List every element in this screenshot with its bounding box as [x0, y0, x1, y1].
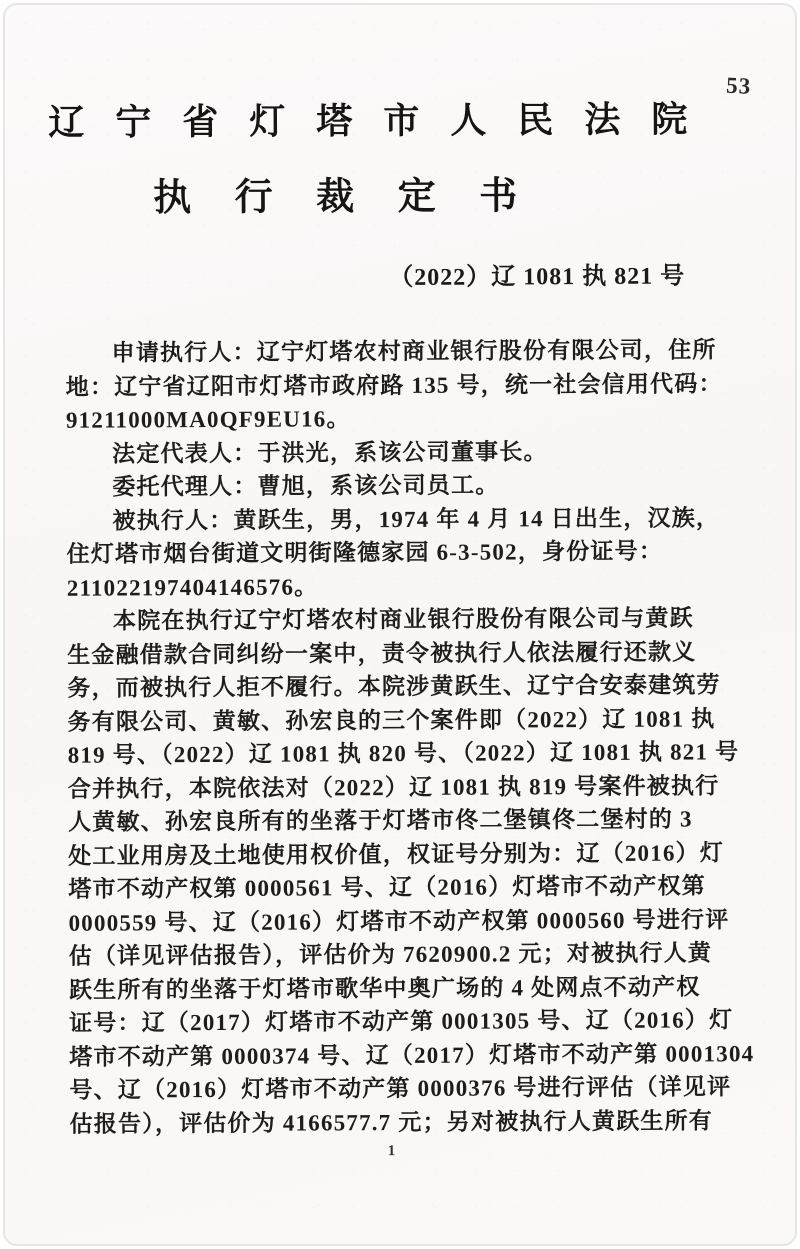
body-line: 住灯塔市烟台街道文明街隆德家园 6-3-502，身份证号：: [67, 534, 745, 571]
document-content: 53 辽 宁 省 灯 塔 市 人 民 法 院 执 行 裁 定 书 （2022）辽…: [2, 3, 798, 1246]
body-line: 估（详见评估报告），评估价为 7620900.2 元；对被执行人黄: [69, 936, 747, 973]
case-number: （2022）辽 1081 执 821 号: [3, 256, 685, 295]
paper-background: 53 辽 宁 省 灯 塔 市 人 民 法 院 执 行 裁 定 书 （2022）辽…: [3, 3, 797, 1246]
body-line: 0000559 号、辽（2016）灯塔市不动产权第 0000560 号进行评: [68, 903, 746, 940]
body-text: 申请执行人：辽宁灯塔农村商业银行股份有限公司，住所地：辽宁省辽阳市灯塔市政府路 …: [65, 333, 747, 1141]
body-line: 务有限公司、黄敏、孙宏良的三个案件即（2022）辽 1081 执: [67, 702, 745, 739]
court-name-heading: 辽 宁 省 灯 塔 市 人 民 法 院: [2, 91, 744, 146]
body-line: 211022197404146576。: [67, 568, 745, 605]
body-line: 法定代表人：于洪光，系该公司董事长。: [66, 434, 744, 471]
footer-page-number: 1: [388, 1143, 396, 1160]
body-line: 估报告），评估价为 4166577.7 元；另对被执行人黄跃生所有: [70, 1104, 748, 1141]
scanned-document-page: 53 辽 宁 省 灯 塔 市 人 民 法 院 执 行 裁 定 书 （2022）辽…: [0, 0, 800, 1249]
body-line: 生金融借款合同纠纷一案中，责令被执行人依法履行还款义: [67, 635, 745, 672]
body-line: 被执行人：黄跃生，男，1974 年 4 月 14 日出生，汉族，: [66, 501, 744, 538]
body-line: 委托代理人：曹旭，系该公司员工。: [66, 467, 744, 504]
body-line: 证号：辽（2017）灯塔市不动产第 0001305 号、辽（2016）灯: [69, 1003, 747, 1040]
body-line: 跃生所有的坐落于灯塔市歌华中奥广场的 4 处网点不动产权: [69, 970, 747, 1007]
body-line: 91211000MA0QF9EU16。: [66, 400, 744, 437]
body-line: 塔市不动产权第 0000561 号、辽（2016）灯塔市不动产权第: [68, 869, 746, 906]
body-line: 人黄敏、孙宏良所有的坐落于灯塔市佟二堡镇佟二堡村的 3: [68, 802, 746, 839]
body-line: 819 号、（2022）辽 1081 执 820 号、（2022）辽 1081 …: [68, 735, 746, 772]
body-line: 处工业用房及土地使用权价值，权证号分别为：辽（2016）灯: [68, 836, 746, 873]
body-line: 申请执行人：辽宁灯塔农村商业银行股份有限公司，住所: [65, 333, 743, 370]
body-line: 务，而被执行人拒不履行。本院涉黄跃生、辽宁合安泰建筑劳: [67, 668, 745, 705]
body-line: 号、辽（2016）灯塔市不动产第 0000376 号进行评估（详见评: [69, 1070, 747, 1107]
document-title: 执 行 裁 定 书: [3, 164, 685, 223]
body-line: 合并执行，本院依法对（2022）辽 1081 执 819 号案件被执行: [68, 769, 746, 806]
body-line: 本院在执行辽宁灯塔农村商业银行股份有限公司与黄跃: [67, 601, 745, 638]
body-line: 地：辽宁省辽阳市灯塔市政府路 135 号，统一社会信用代码：: [66, 367, 744, 404]
body-line: 塔市不动产第 0000374 号、辽（2017）灯塔市不动产第 0001304: [69, 1037, 747, 1074]
